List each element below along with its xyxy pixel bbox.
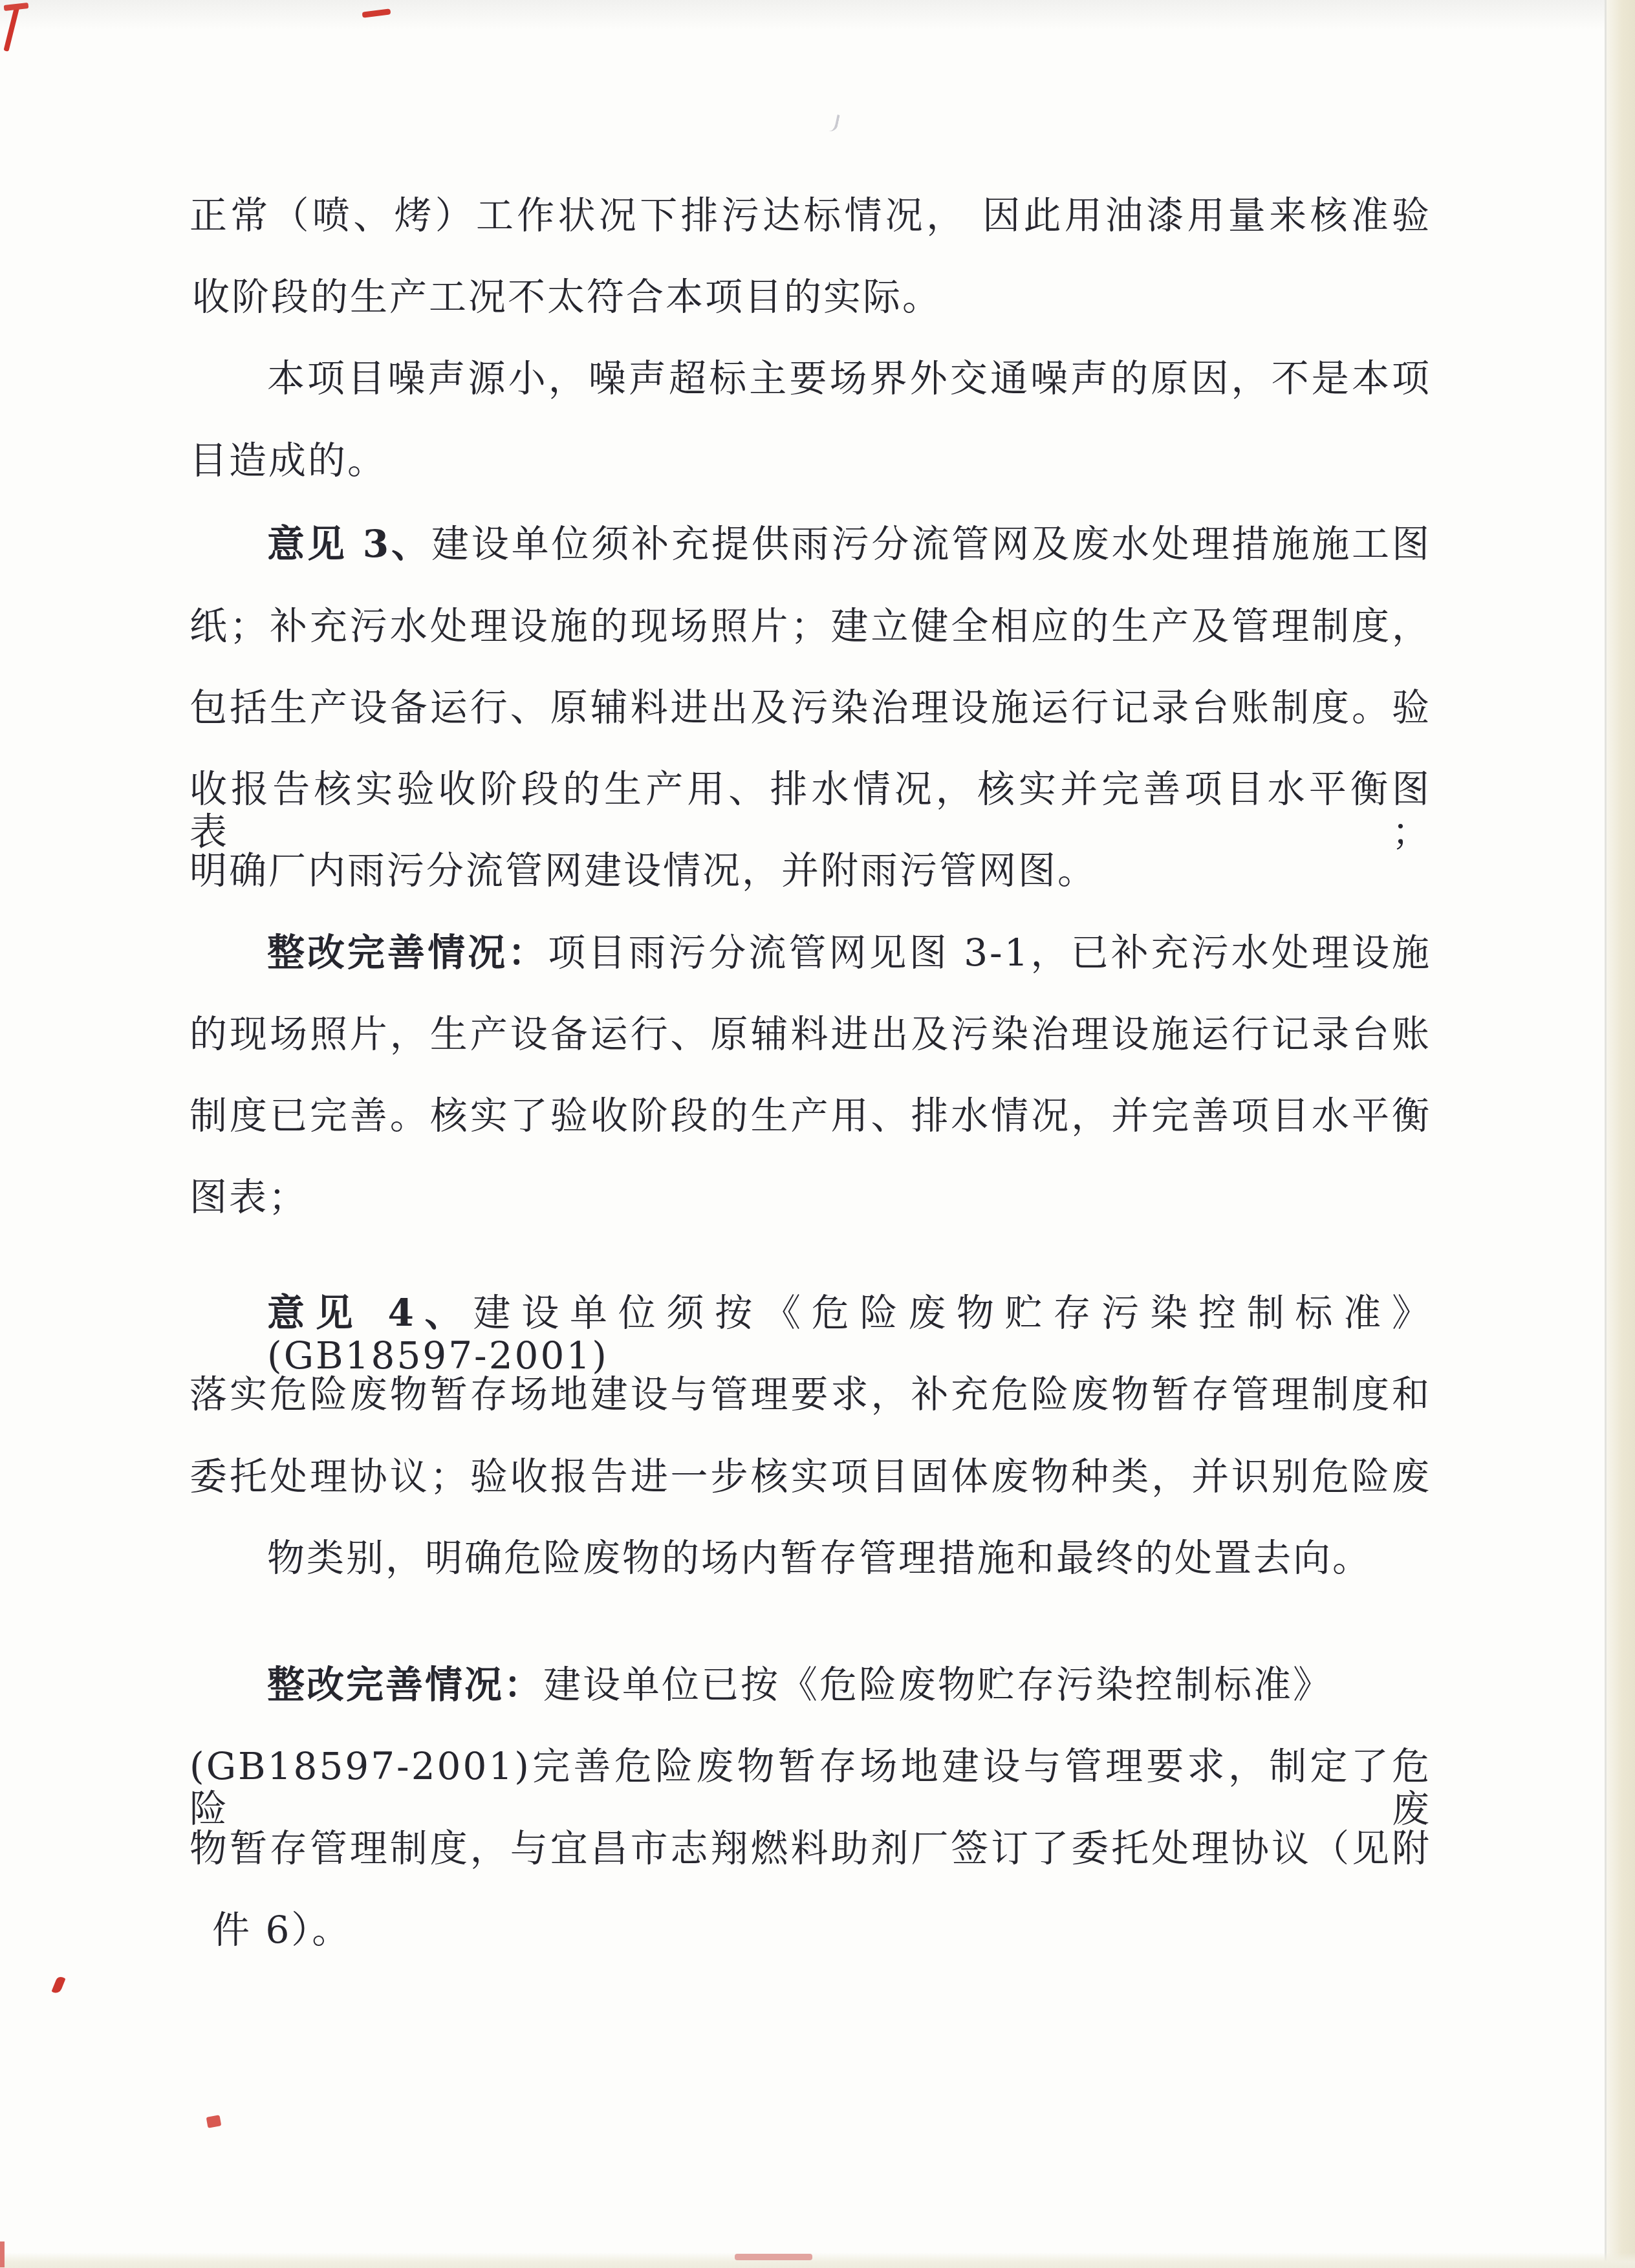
text-line: 物类别，明确危险废物的场内暂存管理措施和最终的处置去向。 bbox=[267, 1537, 1372, 1579]
text-line: 目造成的。 bbox=[189, 439, 387, 482]
line-emphasis: 意见 3、 bbox=[267, 522, 431, 566]
text-line: 意见 3、建设单位须补充提供雨污分流管网及废水处理措施施工图 bbox=[267, 523, 1431, 565]
text-line: 整改完善情况：建设单位已按《危险废物贮存污染控制标准》 bbox=[267, 1663, 1332, 1706]
line-text: 件 6）。 bbox=[212, 1908, 351, 1952]
line-text: 落实危险废物暂存场地建设与管理要求，补充危险废物暂存管理制度和 bbox=[189, 1372, 1431, 1416]
text-line: 物暂存管理制度，与宜昌市志翔燃料助剂厂签订了委托处理协议（见附 bbox=[189, 1827, 1431, 1870]
document-page: 正常（喷、烤）工作状况下排污达标情况， 因此用油漆用量来核准验收阶段的生产工况不… bbox=[0, 0, 1635, 2268]
text-line: 件 6）。 bbox=[212, 1908, 351, 1951]
line-text: 项目雨污分流管网见图 3-1，已补充污水处理设施 bbox=[548, 931, 1431, 975]
line-text: 收阶段的生产工况不太符合本项目的实际。 bbox=[192, 275, 942, 319]
line-text: 目造成的。 bbox=[189, 438, 387, 482]
text-line: 落实危险废物暂存场地建设与管理要求，补充危险废物暂存管理制度和 bbox=[189, 1373, 1431, 1416]
line-text: 纸；补充污水处理设施的现场照片；建立健全相应的生产及管理制度， bbox=[189, 604, 1431, 648]
line-text: 图表； bbox=[189, 1175, 308, 1219]
text-line: 收报告核实验收阶段的生产用、排水情况，核实并完善项目水平衡图表； bbox=[189, 768, 1431, 853]
line-text: 物类别，明确危险废物的场内暂存管理措施和最终的处置去向。 bbox=[267, 1536, 1372, 1580]
text-line: 制度已完善。核实了验收阶段的生产用、排水情况，并完善项目水平衡 bbox=[189, 1094, 1431, 1137]
line-text: 正常（喷、烤）工作状况下排污达标情况， 因此用油漆用量来核准验 bbox=[189, 193, 1431, 237]
text-line: 收阶段的生产工况不太符合本项目的实际。 bbox=[192, 275, 942, 318]
text-line: 委托处理协议；验收报告进一步核实项目固体废物种类，并识别危险废 bbox=[189, 1455, 1431, 1498]
text-line: 本项目噪声源小，噪声超标主要场界外交通噪声的原因，不是本项 bbox=[267, 357, 1431, 400]
line-text: (GB18597-2001)完善危险废物暂存场地建设与管理要求，制定了危险废 bbox=[189, 1744, 1431, 1831]
line-text: 物暂存管理制度，与宜昌市志翔燃料助剂厂签订了委托处理协议（见附 bbox=[189, 1826, 1431, 1870]
line-emphasis: 整改完善情况： bbox=[267, 931, 548, 975]
line-text: 的现场照片，生产设备运行、原辅料进出及污染治理设施运行记录台账 bbox=[189, 1012, 1431, 1056]
text-line: 图表； bbox=[189, 1176, 308, 1218]
text-line: (GB18597-2001)完善危险废物暂存场地建设与管理要求，制定了危险废 bbox=[189, 1745, 1431, 1830]
text-line: 整改完善情况：项目雨污分流管网见图 3-1，已补充污水处理设施 bbox=[267, 931, 1431, 974]
line-emphasis: 整改完善情况： bbox=[267, 1663, 543, 1707]
line-text: 委托处理协议；验收报告进一步核实项目固体废物种类，并识别危险废 bbox=[189, 1454, 1431, 1498]
line-text: 建设单位已按《危险废物贮存污染控制标准》 bbox=[543, 1663, 1332, 1707]
text-line: 明确厂内雨污分流管网建设情况，并附雨污管网图。 bbox=[189, 849, 1097, 892]
document-body: 正常（喷、烤）工作状况下排污达标情况， 因此用油漆用量来核准验收阶段的生产工况不… bbox=[0, 0, 1635, 2268]
line-text: 本项目噪声源小，噪声超标主要场界外交通噪声的原因，不是本项 bbox=[267, 356, 1431, 400]
line-text: 制度已完善。核实了验收阶段的生产用、排水情况，并完善项目水平衡 bbox=[189, 1094, 1431, 1138]
text-line: 包括生产设备运行、原辅料进出及污染治理设施运行记录台账制度。验 bbox=[189, 686, 1431, 729]
text-line: 意见 4、建设单位须按《危险废物贮存污染控制标准》(GB18597-2001) bbox=[267, 1291, 1431, 1377]
text-line: 正常（喷、烤）工作状况下排污达标情况， 因此用油漆用量来核准验 bbox=[189, 194, 1431, 237]
line-text: 明确厂内雨污分流管网建设情况，并附雨污管网图。 bbox=[189, 848, 1097, 892]
line-text: 建设单位须补充提供雨污分流管网及废水处理措施施工图 bbox=[431, 522, 1431, 566]
line-text: 收报告核实验收阶段的生产用、排水情况，核实并完善项目水平衡图表； bbox=[189, 767, 1431, 854]
text-line: 的现场照片，生产设备运行、原辅料进出及污染治理设施运行记录台账 bbox=[189, 1013, 1431, 1055]
text-line: 纸；补充污水处理设施的现场照片；建立健全相应的生产及管理制度， bbox=[189, 605, 1431, 647]
line-emphasis: 意见 4、 bbox=[267, 1291, 473, 1335]
line-text: 包括生产设备运行、原辅料进出及污染治理设施运行记录台账制度。验 bbox=[189, 686, 1431, 729]
